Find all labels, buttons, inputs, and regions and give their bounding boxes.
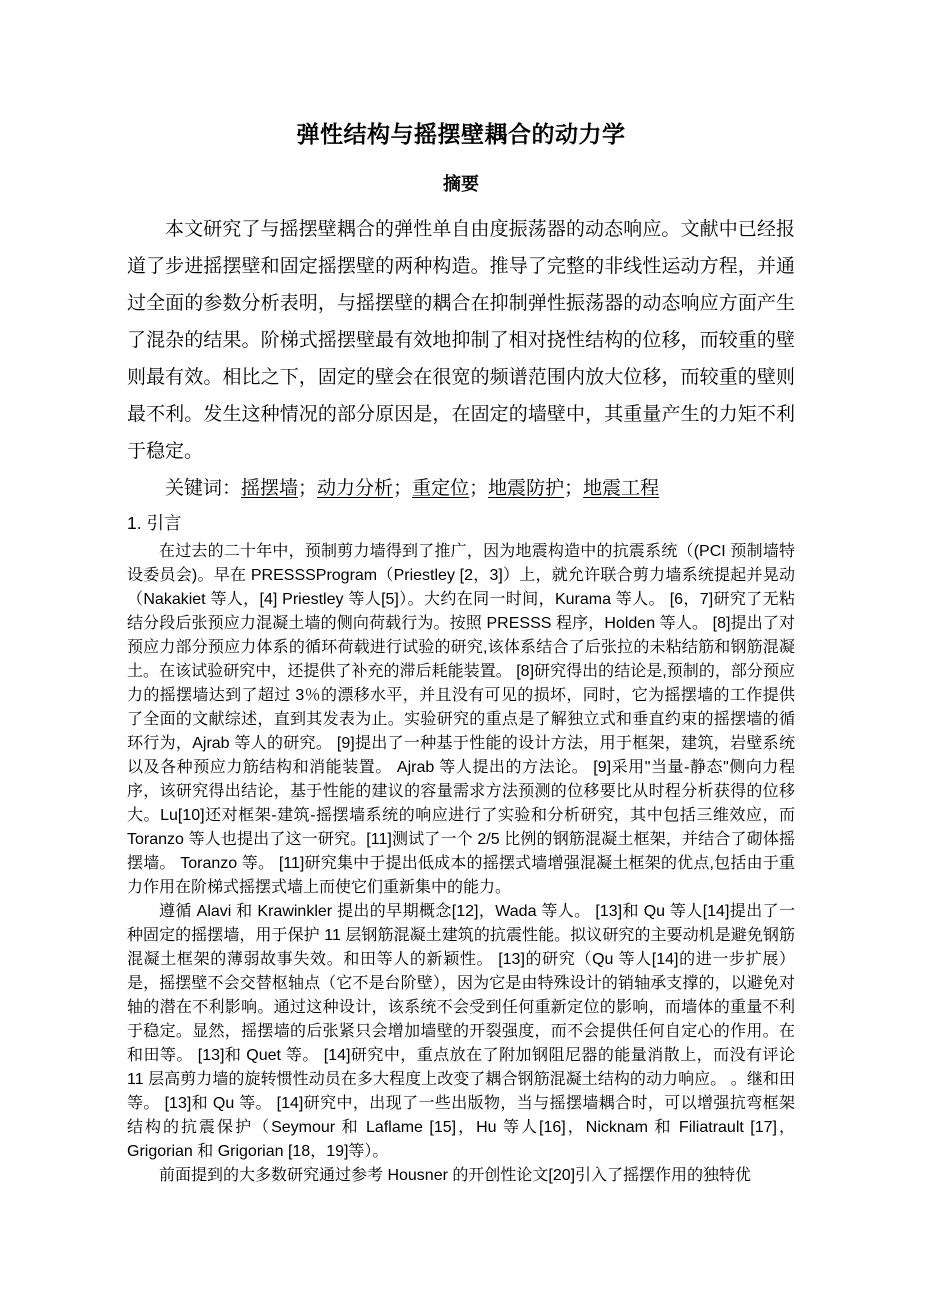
section-heading-introduction: 1. 引言 <box>127 512 795 534</box>
abstract-heading: 摘要 <box>127 174 795 194</box>
keyword: 摇摆墙 <box>241 478 298 499</box>
document-page: 弹性结构与摇摆壁耦合的动力学 摘要 本文研究了与摇摆壁耦合的弹性单自由度振荡器的… <box>0 0 926 1309</box>
section-body: 在过去的二十年中，预制剪力墙得到了推广，因为地震构造中的抗震系统（(PCI 预制… <box>127 540 795 1188</box>
keyword: 动力分析 <box>317 478 393 499</box>
keywords-label: 关键词： <box>165 478 241 499</box>
keywords-line: 关键词：摇摆墙；动力分析；重定位；地震防护；地震工程 <box>127 476 795 502</box>
abstract-paragraph: 本文研究了与摇摆壁耦合的弹性单自由度振荡器的动态响应。文献中已经报道了步进摇摆壁… <box>127 211 795 470</box>
intro-paragraph-1: 在过去的二十年中，预制剪力墙得到了推广，因为地震构造中的抗震系统（(PCI 预制… <box>127 540 795 900</box>
keywords-list: 摇摆墙；动力分析；重定位；地震防护；地震工程 <box>241 478 659 499</box>
page-title: 弹性结构与摇摆壁耦合的动力学 <box>127 120 795 148</box>
intro-paragraph-2: 遵循 Alavi 和 Krawinkler 提出的早期概念[12]，Wada 等… <box>127 900 795 1164</box>
keyword: 地震防护 <box>488 478 564 499</box>
keyword: 地震工程 <box>583 478 659 499</box>
keyword: 重定位 <box>412 478 469 499</box>
intro-paragraph-3: 前面提到的大多数研究通过参考 Housner 的开创性论文[20]引入了摇摆作用… <box>127 1164 795 1188</box>
